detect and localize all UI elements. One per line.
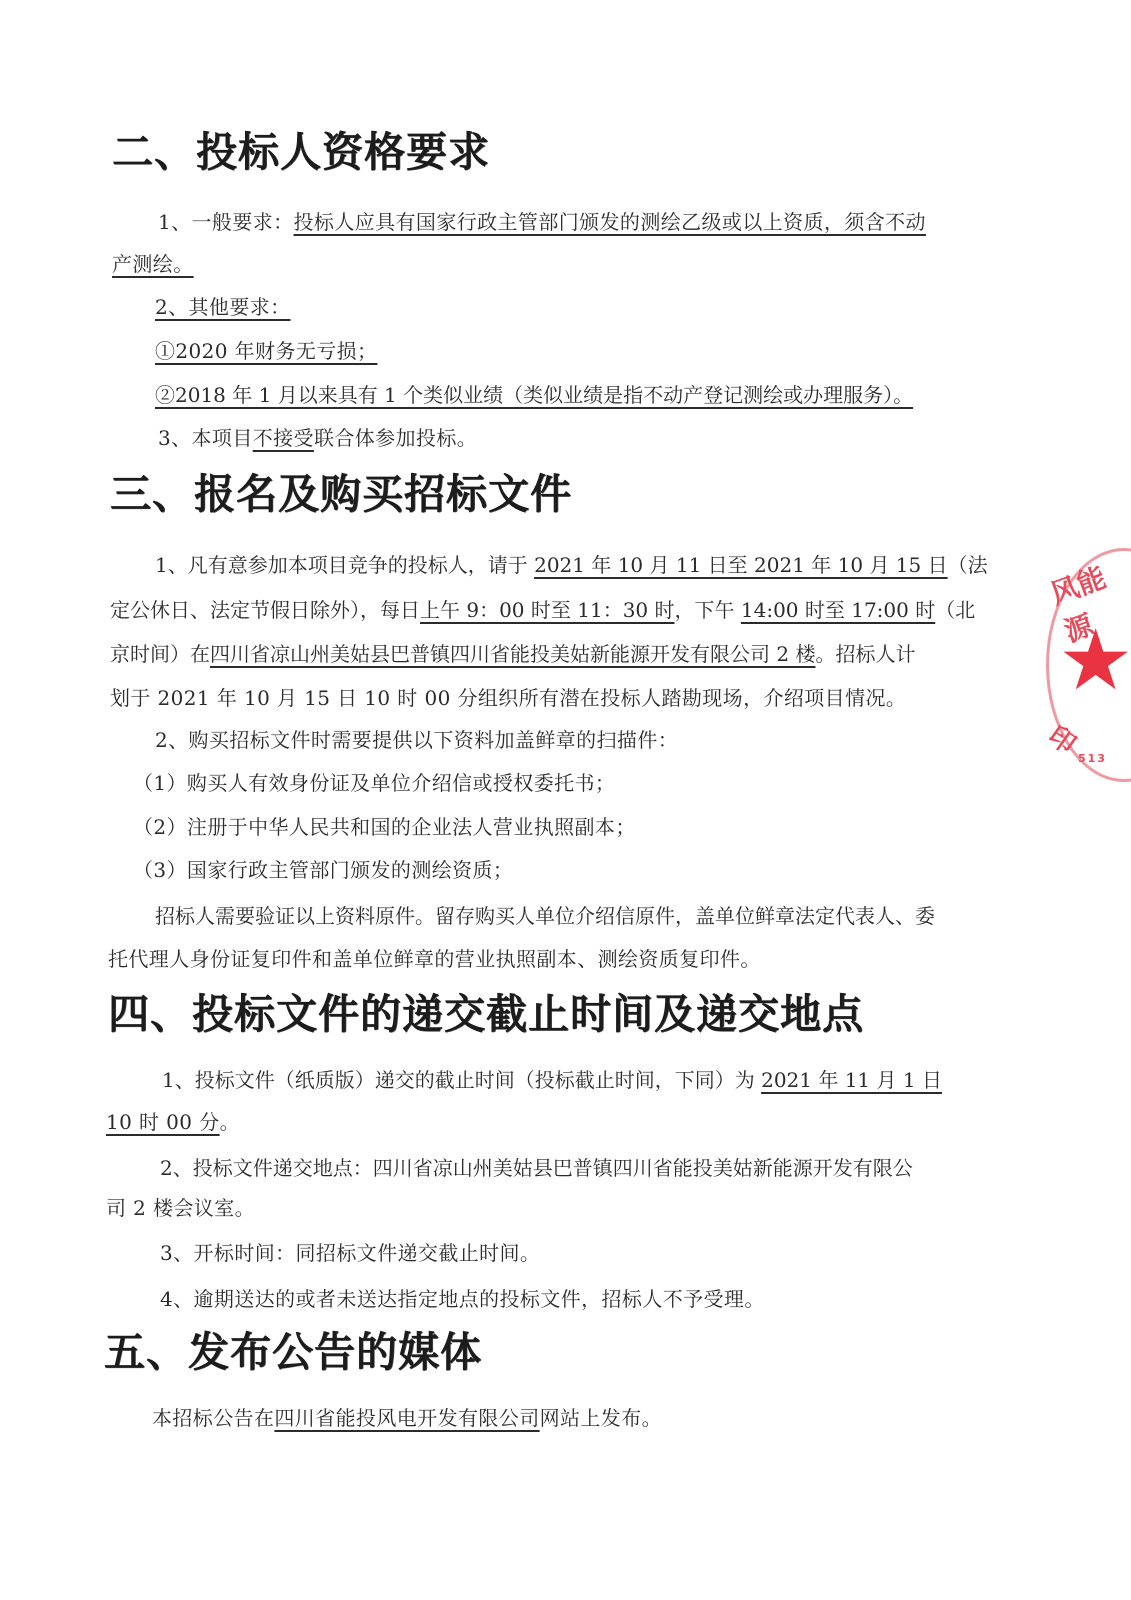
document-page: 二、投标人资格要求 1、一般要求：投标人应具有国家行政主管部门颁发的测绘乙级或以… <box>0 0 1131 1600</box>
text: 2、投标文件递交地点：四川省凉山州美姑县巴普镇四川省能投美姑新能源开发有限公 <box>160 1156 913 1180</box>
text: 本招标公告在 <box>152 1406 274 1430</box>
paragraph: 1、凡有意参加本项目竞争的投标人，请于 2021 年 10 月 11 日至 20… <box>155 555 988 575</box>
paragraph: 京时间）在四川省凉山州美姑县巴普镇四川省能投美姑新能源开发有限公司 2 楼。招标… <box>110 644 915 664</box>
text: 4、逾期送达的或者未送达指定地点的投标文件，招标人不予受理。 <box>160 1287 765 1311</box>
paragraph: 2、其他要求： <box>155 297 291 317</box>
paragraph: 1、一般要求：投标人应具有国家行政主管部门颁发的测绘乙级或以上资质，须含不动 <box>158 212 926 232</box>
text: 。招标人计 <box>815 642 915 666</box>
paragraph: 划于 2021 年 10 月 15 日 10 时 00 分组织所有潜在投标人踏勘… <box>110 688 906 708</box>
text: 3、本项目 <box>158 426 253 450</box>
underlined-text: 10 时 00 分 <box>106 1110 220 1134</box>
text: ，下午 <box>675 598 741 622</box>
underlined-text: 不接受 <box>253 426 314 450</box>
underlined-text: 2、其他要求： <box>155 295 291 319</box>
text: 1、一般要求： <box>158 210 294 234</box>
text: 招标人需要验证以上资料原件。留存购买人单位介绍信原件，盖单位鲜章法定代表人、委 <box>155 904 935 928</box>
underlined-text: ①2020 年财务无亏损； <box>155 339 377 363</box>
paragraph: 1、投标文件（纸质版）递交的截止时间（投标截止时间，下同）为 2021 年 11… <box>162 1070 942 1090</box>
section-heading-qualifications: 二、投标人资格要求 <box>112 132 490 173</box>
underlined-text: 四川省能投风电开发有限公司 <box>274 1406 539 1430</box>
text: 2、购买招标文件时需要提供以下资料加盖鲜章的扫描件： <box>155 728 678 752</box>
text: 1、凡有意参加本项目竞争的投标人，请于 <box>155 553 534 577</box>
underlined-text: 四川省凉山州美姑县巴普镇四川省能投美姑新能源开发有限公司 2 楼 <box>210 642 815 666</box>
paragraph: 产测绘。 <box>112 254 194 274</box>
underlined-text: ②2018 年 1 月以来具有 1 个类似业绩（类似业绩是指不动产登记测绘或办理… <box>155 383 913 407</box>
underlined-text: 上午 9：00 时至 11：30 时 <box>420 598 675 622</box>
text: （北 <box>935 598 975 622</box>
text: 司 2 楼会议室。 <box>106 1196 255 1220</box>
text: 网站上发布。 <box>540 1406 662 1430</box>
paragraph: （1）购买人有效身份证及单位介绍信或授权委托书； <box>133 773 615 793</box>
text: （3）国家行政主管部门颁发的测绘资质； <box>133 858 513 882</box>
seal-star-icon: ★ <box>1058 618 1128 702</box>
text: （法 <box>948 553 988 577</box>
underlined-text: 2021 年 11 月 1 日 <box>761 1068 942 1092</box>
paragraph: 本招标公告在四川省能投风电开发有限公司网站上发布。 <box>152 1408 662 1428</box>
paragraph: 2、购买招标文件时需要提供以下资料加盖鲜章的扫描件： <box>155 730 678 750</box>
section-heading-media: 五、发布公告的媒体 <box>104 1332 482 1373</box>
paragraph: ②2018 年 1 月以来具有 1 个类似业绩（类似业绩是指不动产登记测绘或办理… <box>155 385 913 405</box>
text: 联合体参加投标。 <box>314 426 477 450</box>
paragraph: 3、本项目不接受联合体参加投标。 <box>158 428 477 448</box>
paragraph: 4、逾期送达的或者未送达指定地点的投标文件，招标人不予受理。 <box>160 1289 765 1309</box>
underlined-text: 2021 年 10 月 11 日至 2021 年 10 月 15 日 <box>534 553 948 577</box>
text: 1、投标文件（纸质版）递交的截止时间（投标截止时间，下同）为 <box>162 1068 761 1092</box>
paragraph: 招标人需要验证以上资料原件。留存购买人单位介绍信原件，盖单位鲜章法定代表人、委 <box>155 906 935 926</box>
seal-code: 513 <box>1078 752 1107 765</box>
paragraph: 托代理人身份证复印件和盖单位鲜章的营业执照副本、测绘资质复印件。 <box>108 949 761 969</box>
paragraph: （2）注册于中华人民共和国的企业法人营业执照副本； <box>133 817 636 837</box>
paragraph: 司 2 楼会议室。 <box>106 1198 255 1218</box>
section-heading-submission: 四、投标文件的递交截止时间及递交地点 <box>108 994 864 1035</box>
text: （2）注册于中华人民共和国的企业法人营业执照副本； <box>133 815 636 839</box>
paragraph: （3）国家行政主管部门颁发的测绘资质； <box>133 860 513 880</box>
underlined-text: 14:00 时至 17:00 时 <box>741 598 935 622</box>
text: 托代理人身份证复印件和盖单位鲜章的营业执照副本、测绘资质复印件。 <box>108 947 761 971</box>
text: 划于 2021 年 10 月 15 日 10 时 00 分组织所有潜在投标人踏勘… <box>110 686 906 710</box>
text: （1）购买人有效身份证及单位介绍信或授权委托书； <box>133 771 615 795</box>
section-heading-registration: 三、报名及购买招标文件 <box>110 474 572 515</box>
text: 定公休日、法定节假日除外），每日 <box>110 598 420 622</box>
text: 3、开标时间：同招标文件递交截止时间。 <box>160 1241 540 1265</box>
text: 。 <box>220 1110 240 1134</box>
paragraph: 3、开标时间：同招标文件递交截止时间。 <box>160 1243 540 1263</box>
underlined-text: 投标人应具有国家行政主管部门颁发的测绘乙级或以上资质，须含不动 <box>294 210 926 234</box>
text: 京时间）在 <box>110 642 210 666</box>
paragraph: 10 时 00 分。 <box>106 1112 240 1132</box>
underlined-text: 产测绘。 <box>112 252 194 276</box>
paragraph: 2、投标文件递交地点：四川省凉山州美姑县巴普镇四川省能投美姑新能源开发有限公 <box>160 1158 913 1178</box>
paragraph: 定公休日、法定节假日除外），每日上午 9：00 时至 11：30 时，下午 14… <box>110 600 975 620</box>
paragraph: ①2020 年财务无亏损； <box>155 341 377 361</box>
